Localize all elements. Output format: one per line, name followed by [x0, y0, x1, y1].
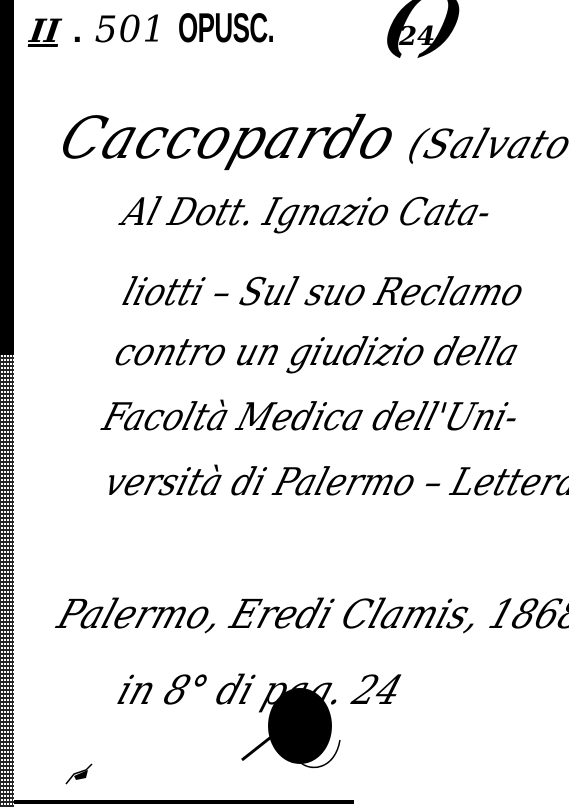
library-stamp-icon: [64, 762, 94, 786]
shelfmark-separator: .: [72, 16, 83, 49]
imprint-line: Palermo, Eredi Clamis, 1868: [52, 592, 569, 638]
author-surname: Caccopardo: [52, 104, 406, 172]
volume-mark: ( 24 ): [385, 2, 455, 82]
author-heading: Caccopardo (Salvatore): [52, 104, 569, 172]
ink-blot: [268, 688, 332, 764]
binding-edge-texture: [0, 355, 14, 807]
shelfmark: II . 501 OPUSC.: [30, 4, 278, 50]
shelfmark-roman: II: [27, 12, 62, 50]
title-line-2: liotti – Sul suo Reclamo: [118, 270, 529, 314]
shelfmark-number: 501: [95, 10, 167, 51]
volume-close-paren: ): [420, 0, 472, 58]
shelfmark-collection: OPUSC.: [178, 4, 274, 52]
binding-edge: [0, 0, 14, 355]
title-line-1: Al Dott. Ignazio Cata-: [118, 190, 497, 234]
title-line-5: versità di Palermo – Lettera: [100, 460, 569, 504]
title-line-3: contro un giudizio della: [110, 330, 524, 374]
catalog-card: II . 501 OPUSC. ( 24 ) Caccopardo (Salva…: [0, 0, 569, 807]
card-bottom-edge: [14, 800, 354, 804]
title-line-4: Facoltà Medica dell'Uni-: [98, 395, 524, 439]
author-forename: (Salvatore): [403, 122, 569, 168]
